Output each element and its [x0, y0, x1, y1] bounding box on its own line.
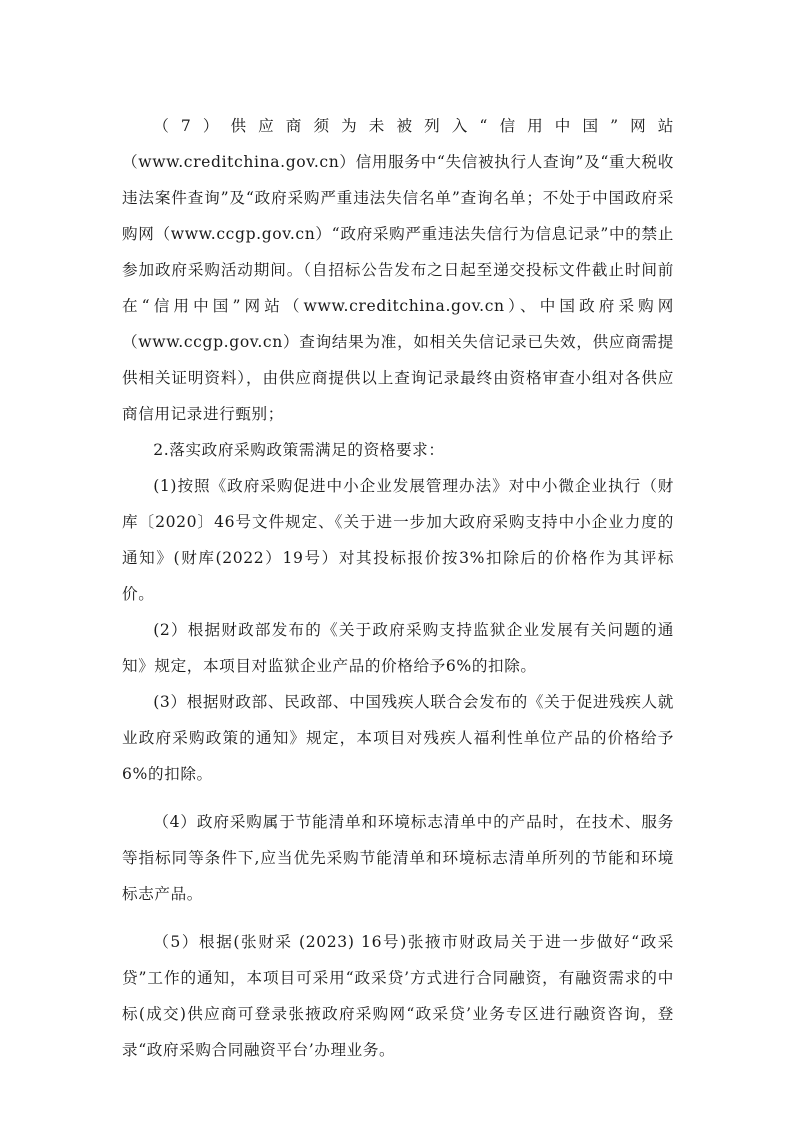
paragraph-government-procurement-loan: （5）根据(张财采 (2023) 16号)张掖市财政局关于进一步做好“政采贷”工…: [122, 924, 674, 1068]
section-heading-policy-requirements: 2.落实政府采购政策需满足的资格要求：: [122, 432, 674, 468]
paragraph-prison-enterprise-deduction: (2）根据财政部发布的《关于政府采购支持监狱企业发展有关问题的通知》规定，本项目…: [122, 612, 674, 684]
spacer: [122, 912, 674, 924]
document-page: （7）供应商须为未被列入“信用中国”网站（www.creditchina.gov…: [122, 108, 674, 1068]
spacer: [122, 792, 674, 804]
paragraph-sme-price-deduction: (1)按照《政府采购促进中小企业发展管理办法》对中小微企业执行（财库〔2020〕…: [122, 468, 674, 612]
paragraph-disability-welfare-deduction: (3）根据财政部、民政部、中国残疾人联合会发布的《关于促进残疾人就业政府采购政策…: [122, 684, 674, 792]
paragraph-energy-saving-products: （4）政府采购属于节能清单和环境标志清单中的产品时，在技术、服务等指标同等条件下…: [122, 804, 674, 912]
paragraph-supplier-credit-requirement: （7）供应商须为未被列入“信用中国”网站（www.creditchina.gov…: [122, 108, 674, 432]
